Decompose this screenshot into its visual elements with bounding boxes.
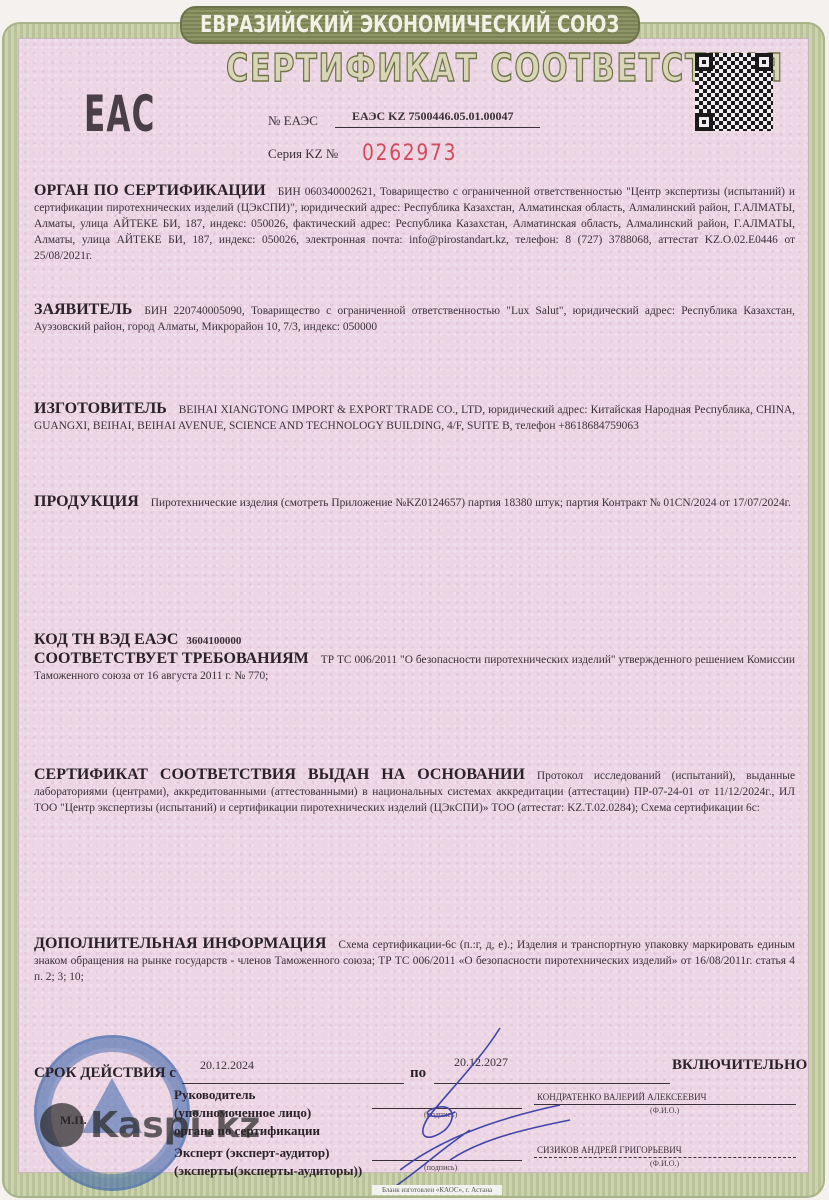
validity-label: СРОК ДЕЙСТВИЯ с: [34, 1065, 176, 1082]
basis-heading: СЕРТИФИКАТ СООТВЕТСТВИЯ ВЫДАН НА ОСНОВАН…: [34, 766, 525, 783]
conforms-section: СООТВЕТСТВУЕТ ТРЕБОВАНИЯМТР ТС 006/2011 …: [34, 651, 795, 684]
conforms-heading: СООТВЕТСТВУЕТ ТРЕБОВАНИЯМ: [34, 650, 309, 667]
product-heading: ПРОДУКЦИЯ: [34, 493, 139, 510]
validity-to-date: 20.12.2027: [454, 1055, 508, 1070]
blank-footer: Бланк изготовлен «КАОС», г. Астана: [372, 1185, 502, 1195]
kaspi-logo-icon: [40, 1103, 84, 1147]
validity-inclusive: ВКЛЮЧИТЕЛЬНО: [672, 1057, 807, 1074]
additional-info-heading: ДОПОЛНИТЕЛЬНАЯ ИНФОРМАЦИЯ: [34, 935, 326, 952]
eac-logo-icon: ЕАС: [84, 85, 156, 143]
expert-signatory-label: Эксперт (эксперт-аудитор) (эксперты(эксп…: [174, 1144, 362, 1180]
hs-code-heading: КОД ТН ВЭД ЕАЭС: [34, 631, 178, 648]
validity-from-line: [182, 1083, 404, 1084]
head-name: КОНДРАТЕНКО ВАЛЕРИЙ АЛЕКСЕЕВИЧ: [537, 1092, 707, 1102]
applicant-heading: ЗАЯВИТЕЛЬ: [34, 301, 132, 318]
series-label: Серия KZ №: [268, 146, 338, 161]
series-row: Серия KZ №: [268, 146, 338, 162]
expert-fio-caption: (Ф.И.О.): [650, 1159, 679, 1168]
number-underline: [335, 127, 540, 128]
certificate-number: № ЕАЭС: [268, 113, 318, 129]
applicant-section: ЗАЯВИТЕЛЬБИН 220740005090, Товарищество …: [34, 302, 795, 335]
watermark-text: Kaspi.kz: [90, 1105, 260, 1146]
expert-label-line-2: (эксперты(эксперты-аудиторы)): [174, 1162, 362, 1180]
additional-info-section: ДОПОЛНИТЕЛЬНАЯ ИНФОРМАЦИЯСхема сертифика…: [34, 936, 795, 985]
validity-row: СРОК ДЕЙСТВИЯ с 20.12.2024 по 20.12.2027…: [34, 1053, 794, 1083]
certificate-number-value-wrap: ЕАЭС KZ 7500446.05.01.00047: [352, 108, 514, 124]
head-signature-line: [372, 1108, 522, 1109]
union-banner: ЕВРАЗИЙСКИЙ ЭКОНОМИЧЕСКИЙ СОЮЗ: [180, 6, 640, 44]
certification-body-heading: ОРГАН ПО СЕРТИФИКАЦИИ: [34, 182, 266, 199]
manufacturer-section: ИЗГОТОВИТЕЛЬBEIHAI XIANGTONG IMPORT & EX…: [34, 401, 795, 434]
certification-body-section: ОРГАН ПО СЕРТИФИКАЦИИБИН 060340002621, Т…: [34, 183, 795, 264]
head-signature-caption: (подпись): [424, 1110, 457, 1119]
hs-code-section: КОД ТН ВЭД ЕАЭС3604100000: [34, 632, 795, 649]
validity-to-label: по: [410, 1065, 426, 1082]
validity-to-line: [434, 1083, 670, 1084]
applicant-text: БИН 220740005090, Товарищество с огранич…: [34, 305, 795, 333]
validity-from-date: 20.12.2024: [200, 1058, 254, 1073]
number-label: № ЕАЭС: [268, 113, 318, 128]
head-name-line: [534, 1104, 796, 1105]
expert-signature-line: [372, 1160, 522, 1161]
basis-section: СЕРТИФИКАТ СООТВЕТСТВИЯ ВЫДАН НА ОСНОВАН…: [34, 767, 795, 816]
product-text: Пиротехнические изделия (смотреть Прилож…: [151, 497, 791, 509]
certificate-title: СЕРТИФИКАТ СООТВЕТСТВИЯ: [226, 46, 594, 90]
head-fio-caption: (Ф.И.О.): [650, 1106, 679, 1115]
series-number: 0262973: [362, 141, 457, 166]
expert-signature-caption: (подпись): [424, 1163, 457, 1172]
hs-code-value: 3604100000: [186, 635, 241, 647]
kaspi-watermark: Kaspi.kz: [40, 1103, 260, 1147]
expert-name-line: [534, 1157, 796, 1158]
manufacturer-heading: ИЗГОТОВИТЕЛЬ: [34, 400, 167, 417]
union-name: ЕВРАЗИЙСКИЙ ЭКОНОМИЧЕСКИЙ СОЮЗ: [200, 12, 619, 38]
product-section: ПРОДУКЦИЯПиротехнические изделия (смотре…: [34, 494, 795, 511]
expert-name: СИЗИКОВ АНДРЕЙ ГРИГОРЬЕВИЧ: [537, 1145, 682, 1155]
head-label-line-1: Руководитель: [174, 1086, 320, 1104]
qr-code-icon[interactable]: [695, 53, 773, 131]
number-value: ЕАЭС KZ 7500446.05.01.00047: [352, 109, 514, 123]
